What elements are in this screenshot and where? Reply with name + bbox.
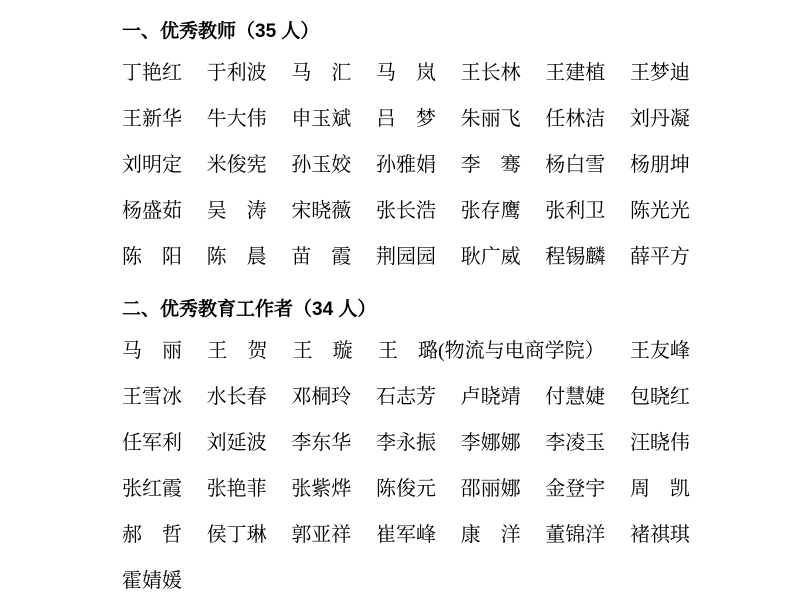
person-name: 杨盛茹 [122, 199, 182, 223]
person-name: 王梦迪 [630, 61, 690, 85]
person-name: 张紫烨 [291, 477, 351, 501]
person-name: 刘丹凝 [630, 107, 690, 131]
person-name: 王 贺 [207, 339, 267, 363]
person-name: 石志芳 [376, 385, 436, 409]
name-row: 丁艳红 于利波 马 汇 马 岚 王长林 王建植 王梦迪 [122, 61, 690, 85]
person-name: 吴 涛 [207, 199, 267, 223]
person-name: 卢晓靖 [461, 385, 521, 409]
document-page: 一、优秀教师（35 人） 丁艳红 于利波 马 汇 马 岚 王长林 王建植 王梦迪… [0, 0, 799, 593]
person-name: 汪晓伟 [630, 431, 690, 455]
person-name: 李永振 [376, 431, 436, 455]
person-name: 任林洁 [545, 107, 605, 131]
person-name: 康 洋 [461, 523, 521, 547]
name-row: 任军利 刘延波 李东华 李永振 李娜娜 李凌玉 汪晓伟 [122, 431, 690, 455]
person-name: 米俊宪 [207, 153, 267, 177]
person-name: 水长春 [207, 385, 267, 409]
person-name: 刘延波 [207, 431, 267, 455]
person-name: 董锦洋 [545, 523, 605, 547]
person-name: 马 汇 [291, 61, 351, 85]
person-name: 王友峰 [630, 339, 690, 363]
person-name: 牛大伟 [207, 107, 267, 131]
person-name: 王长林 [461, 61, 521, 85]
section-heading-excellent-teachers: 一、优秀教师（35 人） [122, 20, 799, 44]
person-name: 张长浩 [376, 199, 436, 223]
person-name: 陈俊元 [376, 477, 436, 501]
person-name: 张艳菲 [207, 477, 267, 501]
person-name: 孙雅娟 [376, 153, 436, 177]
person-name: 孙玉姣 [291, 153, 351, 177]
person-name: 薛平方 [630, 245, 690, 269]
person-name: 刘明定 [122, 153, 182, 177]
person-name: 王雪冰 [122, 385, 182, 409]
person-name: 申玉斌 [291, 107, 351, 131]
person-name: 杨白雪 [545, 153, 605, 177]
name-row: 杨盛茹 吴 涛 宋晓薇 张长浩 张存鹰 张利卫 陈光光 [122, 199, 690, 223]
person-name: 马 岚 [376, 61, 436, 85]
person-name: 侯丁琳 [207, 523, 267, 547]
name-row: 郝 哲 侯丁琳 郭亚祥 崔军峰 康 洋 董锦洋 褚祺琪 [122, 523, 690, 547]
name-row: 王雪冰 水长春 邓桐玲 石志芳 卢晓靖 付慧婕 包晓红 [122, 385, 690, 409]
person-name: 荆园园 [376, 245, 436, 269]
person-name: 褚祺琪 [630, 523, 690, 547]
person-name: 任军利 [122, 431, 182, 455]
name-row: 马 丽 王 贺 王 璇 王 璐(物流与电商学院） 王友峰 [122, 339, 690, 363]
person-name: 程锡麟 [545, 245, 605, 269]
person-name: 李东华 [291, 431, 351, 455]
person-name: 李凌玉 [545, 431, 605, 455]
person-name: 李 骞 [461, 153, 521, 177]
name-row: 王新华 牛大伟 申玉斌 吕 梦 朱丽飞 任林洁 刘丹凝 [122, 107, 690, 131]
person-name: 王 璇 [293, 339, 353, 363]
name-row: 张红霞 张艳菲 张紫烨 陈俊元 邵丽娜 金登宇 周 凯 [122, 477, 690, 501]
person-name: 陈 晨 [207, 245, 267, 269]
name-row: 刘明定 米俊宪 孙玉姣 孙雅娟 李 骞 杨白雪 杨朋坤 [122, 153, 690, 177]
person-name: 崔军峰 [376, 523, 436, 547]
person-name: 张利卫 [545, 199, 605, 223]
person-name: 于利波 [207, 61, 267, 85]
person-name: 邓桐玲 [291, 385, 351, 409]
person-name: 包晓红 [630, 385, 690, 409]
person-name: 宋晓薇 [291, 199, 351, 223]
person-name: 朱丽飞 [461, 107, 521, 131]
person-name: 郭亚祥 [291, 523, 351, 547]
person-name: 王新华 [122, 107, 182, 131]
person-name: 金登宇 [545, 477, 605, 501]
person-name: 张存鹰 [461, 199, 521, 223]
person-name: 付慧婕 [545, 385, 605, 409]
section-heading-excellent-education-workers: 二、优秀教育工作者（34 人） [122, 298, 799, 322]
person-name: 陈光光 [630, 199, 690, 223]
person-name: 霍婧媛 [122, 569, 182, 593]
person-name: 张红霞 [122, 477, 182, 501]
person-name: 苗 霞 [291, 245, 351, 269]
person-name: 陈 阳 [122, 245, 182, 269]
person-name: 吕 梦 [376, 107, 436, 131]
person-name: 马 丽 [122, 339, 182, 363]
person-name: 杨朋坤 [630, 153, 690, 177]
person-name: 王建植 [545, 61, 605, 85]
person-name: 丁艳红 [122, 61, 182, 85]
person-name: 周 凯 [630, 477, 690, 501]
name-row: 陈 阳 陈 晨 苗 霞 荆园园 耿广威 程锡麟 薛平方 [122, 245, 690, 269]
person-name: 李娜娜 [461, 431, 521, 455]
person-name: 邵丽娜 [461, 477, 521, 501]
person-name-with-department: 王 璐(物流与电商学院） [378, 339, 605, 363]
person-name: 耿广威 [461, 245, 521, 269]
name-row: 霍婧媛 [122, 569, 690, 593]
person-name: 郝 哲 [122, 523, 182, 547]
